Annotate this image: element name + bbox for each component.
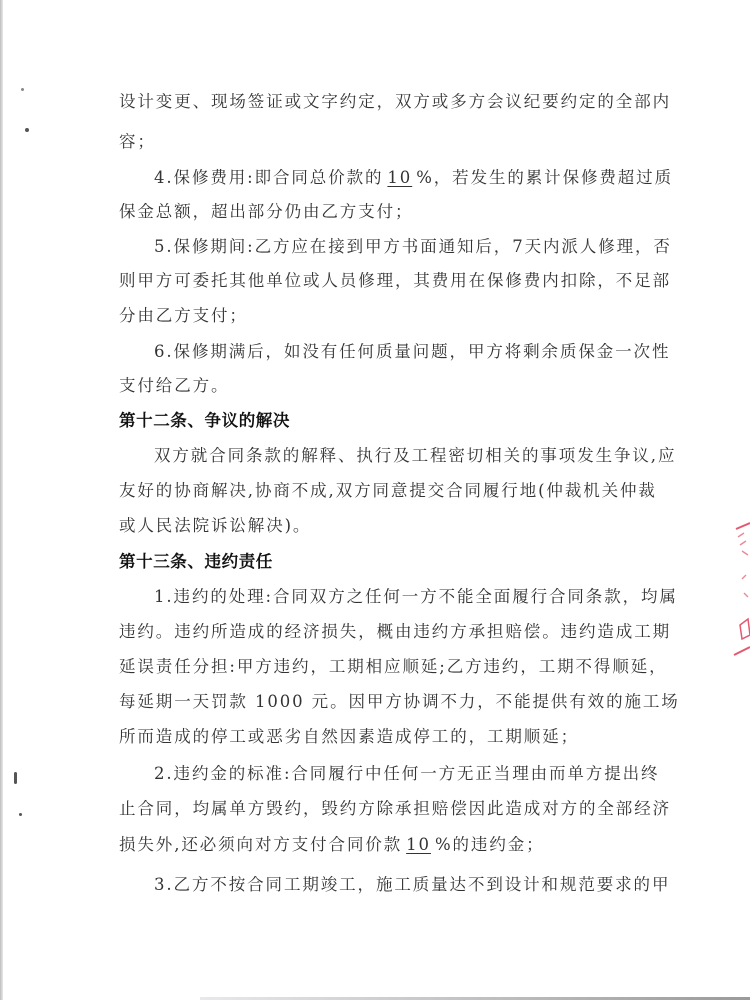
text-segment: 4.保修费用:即合同总价款的 xyxy=(154,168,383,187)
text-line: 6.保修期满后，如没有任何质量问题，甲方将剩余质保金一次性 xyxy=(154,342,670,362)
text-line: 所而造成的停工或恶劣自然因素造成停工的，工期顺延； xyxy=(119,727,579,747)
margin-dot xyxy=(25,128,29,132)
text-line: 或人民法院诉讼解决)。 xyxy=(119,516,311,536)
text-segment: %的违约金； xyxy=(435,835,545,854)
text-line: 损失外,还必须向对方支付合同价款10%的违约金； xyxy=(119,835,545,855)
text-line: 容； xyxy=(119,132,156,152)
text-line: 5.保修期间:乙方应在接到甲方书面通知后，7天内派人修理，否 xyxy=(154,237,672,257)
text-line: 保金总额，超出部分仍由乙方支付； xyxy=(119,202,413,222)
page-left-edge xyxy=(0,0,3,1000)
underlined-percentage-value: 10 xyxy=(383,168,416,187)
text-line: 设计变更、现场签证或文字约定，双方或多方会议纪要约定的全部内 xyxy=(119,92,671,112)
text-line: 止合同，均属单方毁约，毁约方除承担赔偿因此造成对方的全部经济 xyxy=(119,799,671,819)
red-seal-stamp xyxy=(728,515,750,665)
underlined-percentage-value: 10 xyxy=(402,835,435,854)
text-line: 2.违约金的标准:合同履行中任何一方无正当理由而单方提出终 xyxy=(154,764,659,784)
section-heading: 第十三条、违约责任 xyxy=(119,552,273,572)
text-line: 1.违约的处理:合同双方之任何一方不能全面履行合同条款，均属 xyxy=(154,587,678,607)
section-heading: 第十二条、争议的解决 xyxy=(119,411,290,431)
text-segment: %，若发生的累计保修费超过质 xyxy=(416,168,673,187)
binding-mark xyxy=(14,772,17,784)
margin-dot xyxy=(19,813,22,816)
text-line: 3.乙方不按合同工期竣工，施工质量达不到设计和规范要求的甲 xyxy=(154,875,670,895)
text-line: 延误责任分担:甲方违约，工期相应顺延;乙方违约，工期不得顺延， xyxy=(119,657,668,677)
text-line: 则甲方可委托其他单位或人员修理，其费用在保修费内扣除，不足部 xyxy=(119,271,671,291)
text-line: 支付给乙方。 xyxy=(119,376,229,396)
text-line: 分由乙方支付； xyxy=(119,306,248,326)
text-line: 每延期一天罚款 1000 元。因甲方协调不力，不能提供有效的施工场 xyxy=(119,692,680,712)
text-line: 双方就合同条款的解释、执行及工程密切相关的事项发生争议,应 xyxy=(154,446,676,466)
text-line: 4.保修费用:即合同总价款的10%，若发生的累计保修费超过质 xyxy=(154,168,673,188)
text-line: 友好的协商解决,协商不成,双方同意提交合同履行地(仲裁机关仲裁 xyxy=(119,481,657,501)
text-line: 违约。违约所造成的经济损失，概由违约方承担赔偿。违约造成工期 xyxy=(119,622,671,642)
margin-dot xyxy=(21,88,24,91)
text-segment: 损失外,还必须向对方支付合同价款 xyxy=(119,835,402,854)
